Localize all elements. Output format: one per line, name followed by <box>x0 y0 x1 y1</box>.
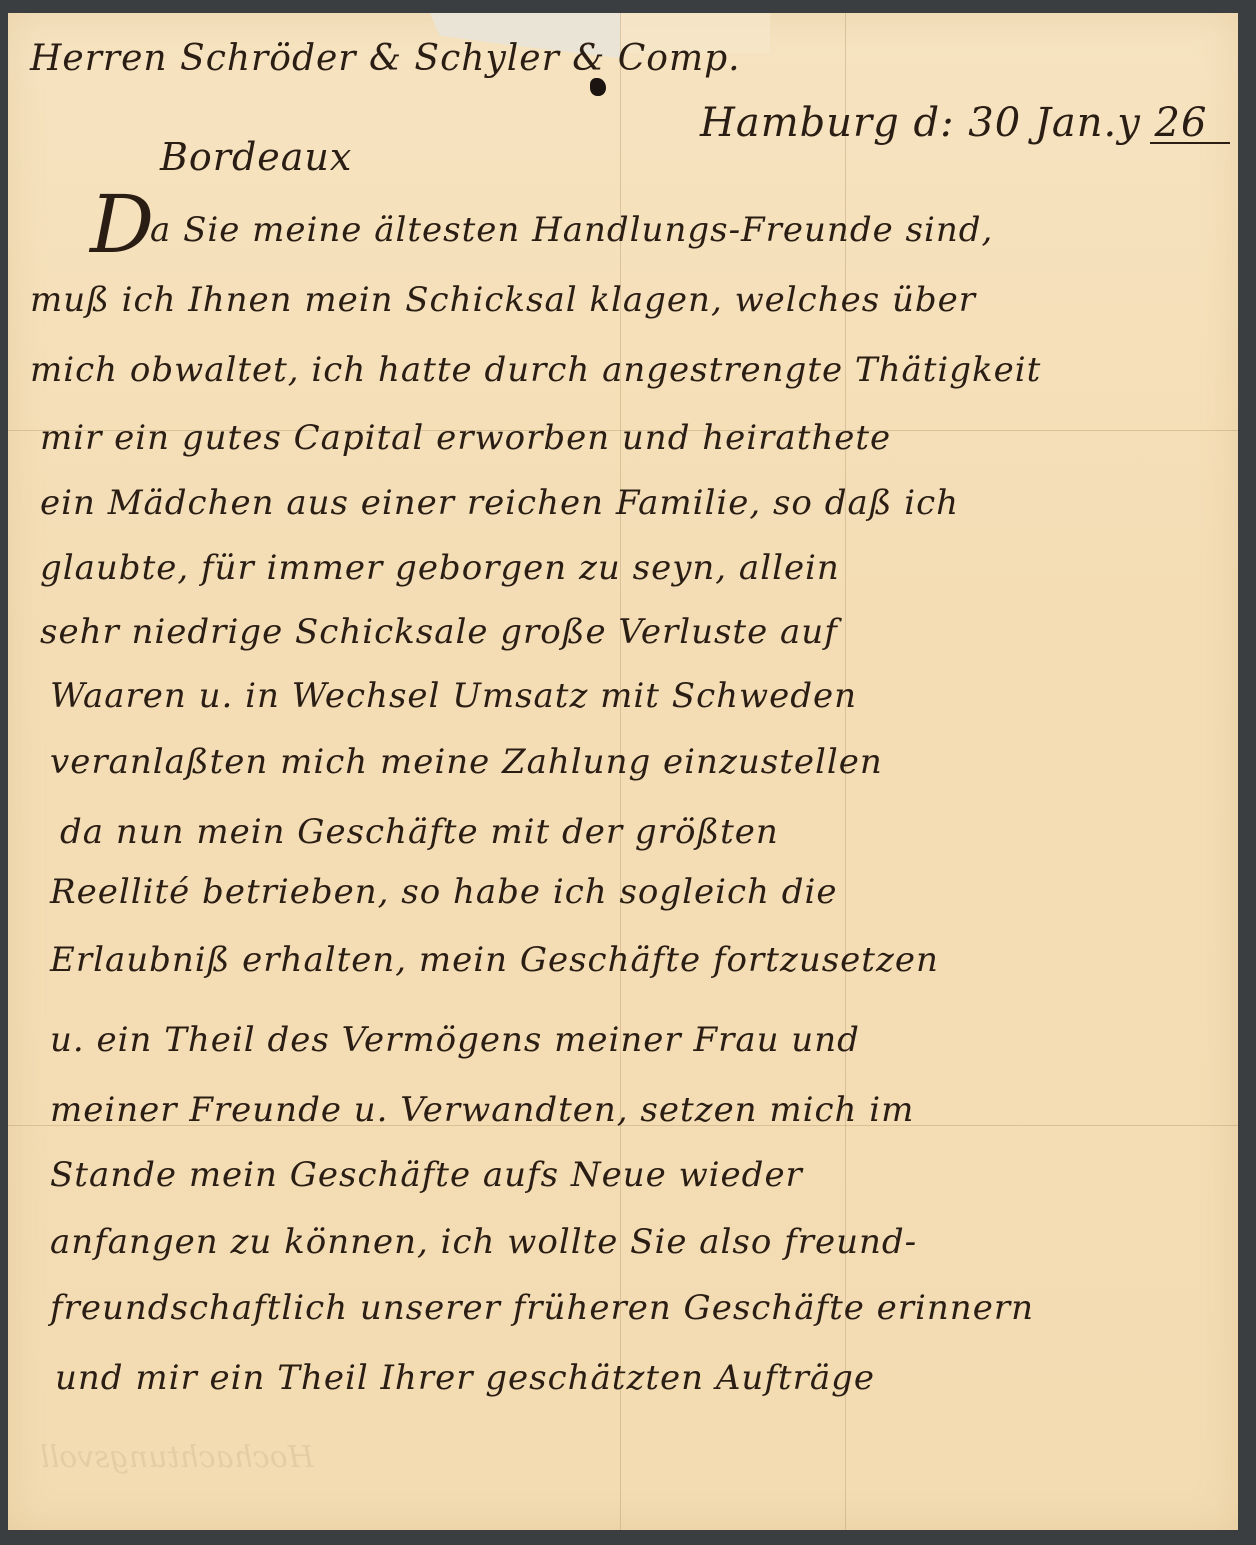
letter-line: a Sie meine ältesten Handlungs-Freunde s… <box>150 210 993 250</box>
date-flourish <box>1150 142 1230 144</box>
letter-line: mich obwaltet, ich hatte durch angestren… <box>30 350 1041 390</box>
letter-line: Waaren u. in Wechsel Umsatz mit Schweden <box>50 676 857 716</box>
letter-line: Reellité betrieben, so habe ich sogleich… <box>50 872 838 912</box>
letter-line: muß ich Ihnen mein Schicksal klagen, wel… <box>30 280 976 320</box>
letter-line: glaubte, für immer geborgen zu seyn, all… <box>40 548 840 588</box>
letter-line: ein Mädchen aus einer reichen Familie, s… <box>40 483 959 523</box>
addressee: Herren Schröder & Schyler & Comp. <box>30 38 741 79</box>
letter-line: mir ein gutes Capital erworben und heira… <box>40 418 891 458</box>
letter-line: da nun mein Geschäfte mit der größten <box>60 812 779 852</box>
letter-line: und mir ein Theil Ihrer geschätzten Auft… <box>55 1358 875 1398</box>
destination: Bordeaux <box>160 135 352 179</box>
letter-line: meiner Freunde u. Verwandten, setzen mic… <box>50 1090 914 1130</box>
place-date: Hamburg d: 30 Jan.y 26 <box>700 100 1207 146</box>
letter-line: sehr niedrige Schicksale große Verluste … <box>40 612 838 652</box>
decorative-initial: D <box>90 185 154 265</box>
letter-line: freundschaftlich unserer früheren Geschä… <box>50 1288 1034 1328</box>
ink-blot <box>590 78 606 96</box>
letter-line: Erlaubniß erhalten, mein Geschäfte fortz… <box>50 940 939 980</box>
letter-line: u. ein Theil des Vermögens meiner Frau u… <box>50 1020 860 1060</box>
letter-line: Stande mein Geschäfte aufs Neue wieder <box>50 1155 803 1195</box>
show-through-text: Hochachtungsvoll <box>40 1440 314 1475</box>
letter-line: veranlaßten mich meine Zahlung einzustel… <box>50 742 883 782</box>
letter-line: anfangen zu können, ich wollte Sie also … <box>50 1222 917 1262</box>
